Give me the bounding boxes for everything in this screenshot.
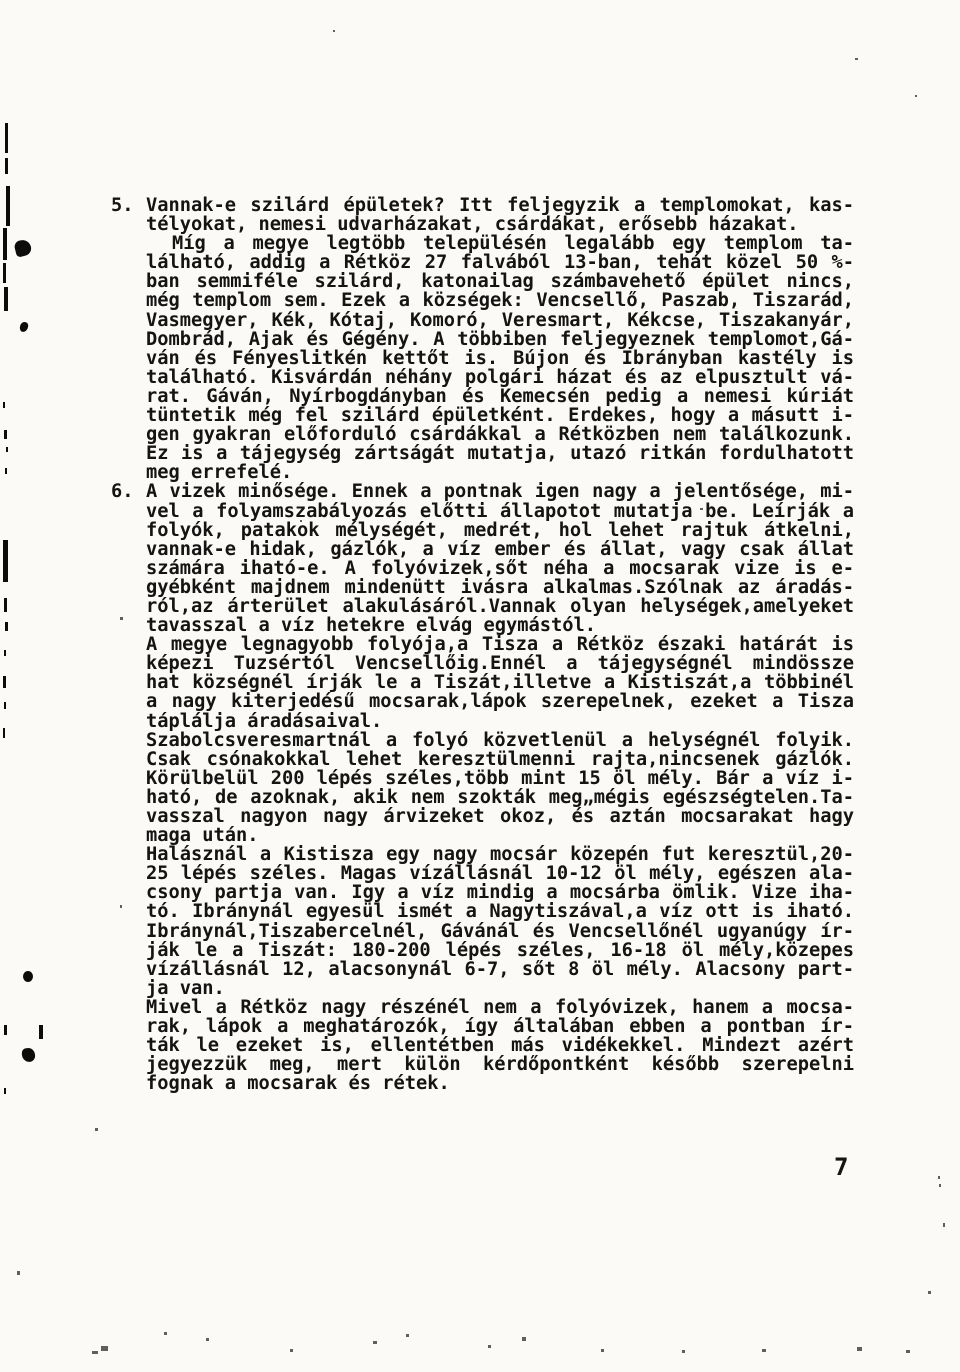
text-line: a nagy kiterjedésű mocsarak,lápok szerep… [146,692,854,711]
scan-speck [855,58,858,60]
numbered-item: 5. Vannak-e szilárd épületek? Itt feljeg… [111,196,857,482]
document-text: 5. Vannak-e szilárd épületek? Itt feljeg… [111,196,857,1093]
text-line: tó. Ibránynál egyesül ismét a Nagytiszáv… [146,902,854,921]
text-line: ja van. [146,979,854,998]
scan-speck [101,1346,108,1351]
ink-blob [19,321,29,332]
text-line: Halásznál a Kistisza egy nagy mocsár köz… [146,845,854,864]
text-line: A vizek minősége. Ennek a pontnak igen n… [146,482,854,501]
ink-artifact [3,263,6,283]
ink-artifact [5,622,8,631]
text-line: képezi Tuzsértól Vencsellőig.Ennél a táj… [146,654,854,673]
text-line: maga után. [146,826,854,845]
scan-speck [333,30,335,32]
text-line: Körülbelül 200 lépés széles,több mint 15… [146,769,854,788]
text-line: 25 lépés széles. Magas vízállásnál 10-12… [146,864,854,883]
ink-artifact [5,158,8,174]
text-line: meg errefelé. [146,463,854,482]
scan-speck [857,1347,862,1351]
ink-artifact [5,123,8,153]
numbered-item: 6. A vizek minősége. Ennek a pontnak ige… [111,482,857,1093]
text-line: rat. Gáván, Nyírbogdányban és Kemecsén p… [146,387,854,406]
text-line: ható, de azoknak, akik nem szokták meg„m… [146,788,854,807]
scan-speck [928,1291,931,1294]
scan-speck [939,1184,941,1187]
text-line: gen gyakran előforduló csárdákkal a Rétk… [146,425,854,444]
page-number: 7 [834,1154,848,1180]
text-line: csony partja van. Így a víz mindig a moc… [146,883,854,902]
text-line: hat községnél írják le a Tiszát,illetve … [146,673,854,692]
ink-artifact [3,540,8,582]
text-line: jegyezzük meg, mert külön kérdőpontként … [146,1055,854,1074]
scan-speck [762,1349,766,1352]
ink-artifact [4,650,6,656]
scan-speck [488,1345,491,1348]
ink-blob [21,1047,35,1062]
text-line: vannak-e hidak, gázlók, a víz ember és á… [146,540,854,559]
text-line: tavasszal a víz hetekre elvág egymástól. [146,616,854,635]
text-line: A megye legnagyobb folyója,a Tisza a Rét… [146,635,854,654]
text-line: Mivel a Rétköz nagy részénél nem a folyó… [146,998,854,1017]
scan-speck [601,1349,604,1352]
text-line: Vasmegyer, Kék, Kótaj, Komoró, Veresmart… [146,311,854,330]
ink-artifact [3,402,5,408]
scan-speck [164,1332,167,1335]
text-line: számára iható-e. A folyóvizek,sőt néha a… [146,559,854,578]
ink-blob [13,238,32,257]
text-line: télyokat, nemesi udvarházakat, csárdákat… [146,215,854,234]
text-line: Ibránynál,Tiszabercelnél, Gávánál és Ven… [146,922,854,941]
scan-speck [906,1350,910,1353]
ink-artifact [3,728,5,738]
scan-speck [120,617,123,620]
ink-artifact [3,228,7,260]
ink-artifact [6,447,8,452]
scan-speck [938,1176,940,1179]
text-line: folyók, patakok mélységét, medrét, hol l… [146,521,854,540]
text-line: tüntetik még fel szilárd épületként. Érd… [146,406,854,425]
text-line: Szabolcsveresmartnál a folyó közvetlenül… [146,731,854,750]
text-line: még templom sem. Ezek a községek: Vencse… [146,291,854,310]
scan-speck [92,1351,98,1354]
item-number: 5. [111,196,146,215]
ink-artifact [3,676,6,688]
ink-artifact [4,598,7,612]
text-line: ták le ezeket is, ellentétben más vidéke… [146,1036,854,1055]
scan-speck [290,1349,293,1352]
scanned-page: 5. Vannak-e szilárd épületek? Itt feljeg… [0,0,960,1372]
item-lines: Vannak-e szilárd épületek? Itt feljegyzi… [146,196,854,482]
scan-speck [845,648,847,650]
text-line: fognak a mocsarak és rétek. [146,1074,854,1093]
text-line: gyébként majdnem mindenütt ivásra alkalm… [146,578,854,597]
ink-artifact [4,1025,7,1035]
text-line: ban semmiféle szilárd, katonailag számba… [146,272,854,291]
scan-speck [206,1338,209,1341]
scan-speck [700,508,703,510]
text-line: ról,az árterület alakulásáról.Vannak oly… [146,597,854,616]
scan-speck [120,905,122,908]
ink-artifact [4,702,6,709]
text-line: Dombrád, Ajak és Gégény. A többiben felj… [146,330,854,349]
text-line: vel a folyamszabályozás előtti állapotot… [146,502,854,521]
text-line: Csak csónakokkal lehet keresztülmenni ra… [146,750,854,769]
text-line: Míg a megye legtöbb településén legalább… [146,234,854,253]
ink-artifact [6,186,10,226]
scan-speck [682,1350,685,1353]
text-line: vízállásnál 12, alacsonynál 6-7, sőt 8 ö… [146,960,854,979]
text-line: lálható, addig a Rétköz 27 falvából 13-b… [146,253,854,272]
scan-speck [95,1128,98,1131]
text-line: ják le a Tiszát: 180-200 lépés széles, 1… [146,941,854,960]
item-number: 6. [111,482,146,501]
scan-speck [406,1334,409,1337]
text-line: található. Kisvárdán néhány polgári háza… [146,368,854,387]
text-line: Vannak-e szilárd épületek? Itt feljegyzi… [146,196,854,215]
item-lines: A vizek minősége. Ennek a pontnak igen n… [146,482,854,1093]
text-line: rak, lápok a meghatározók, így általában… [146,1017,854,1036]
ink-artifact [5,468,7,474]
ink-dot [23,971,33,982]
scan-speck [300,520,302,522]
scan-speck [522,1337,526,1341]
text-line: táplálja áradásaival. [146,712,854,731]
ink-artifact [4,1088,6,1094]
ink-artifact [4,287,8,311]
scan-speck [915,95,917,97]
text-line: Ez is a tájegység zártságát mutatja, uta… [146,444,854,463]
scan-speck [17,1271,20,1275]
scan-speck [373,1341,377,1344]
scan-speck [943,1223,945,1227]
ink-artifact [4,430,7,439]
text-line: vasszal nagyon nagy árvizeket okoz, és a… [146,807,854,826]
text-line: ván és Fényeslitkén kettőt is. Bújon és … [146,349,854,368]
ink-artifact [39,1025,43,1039]
